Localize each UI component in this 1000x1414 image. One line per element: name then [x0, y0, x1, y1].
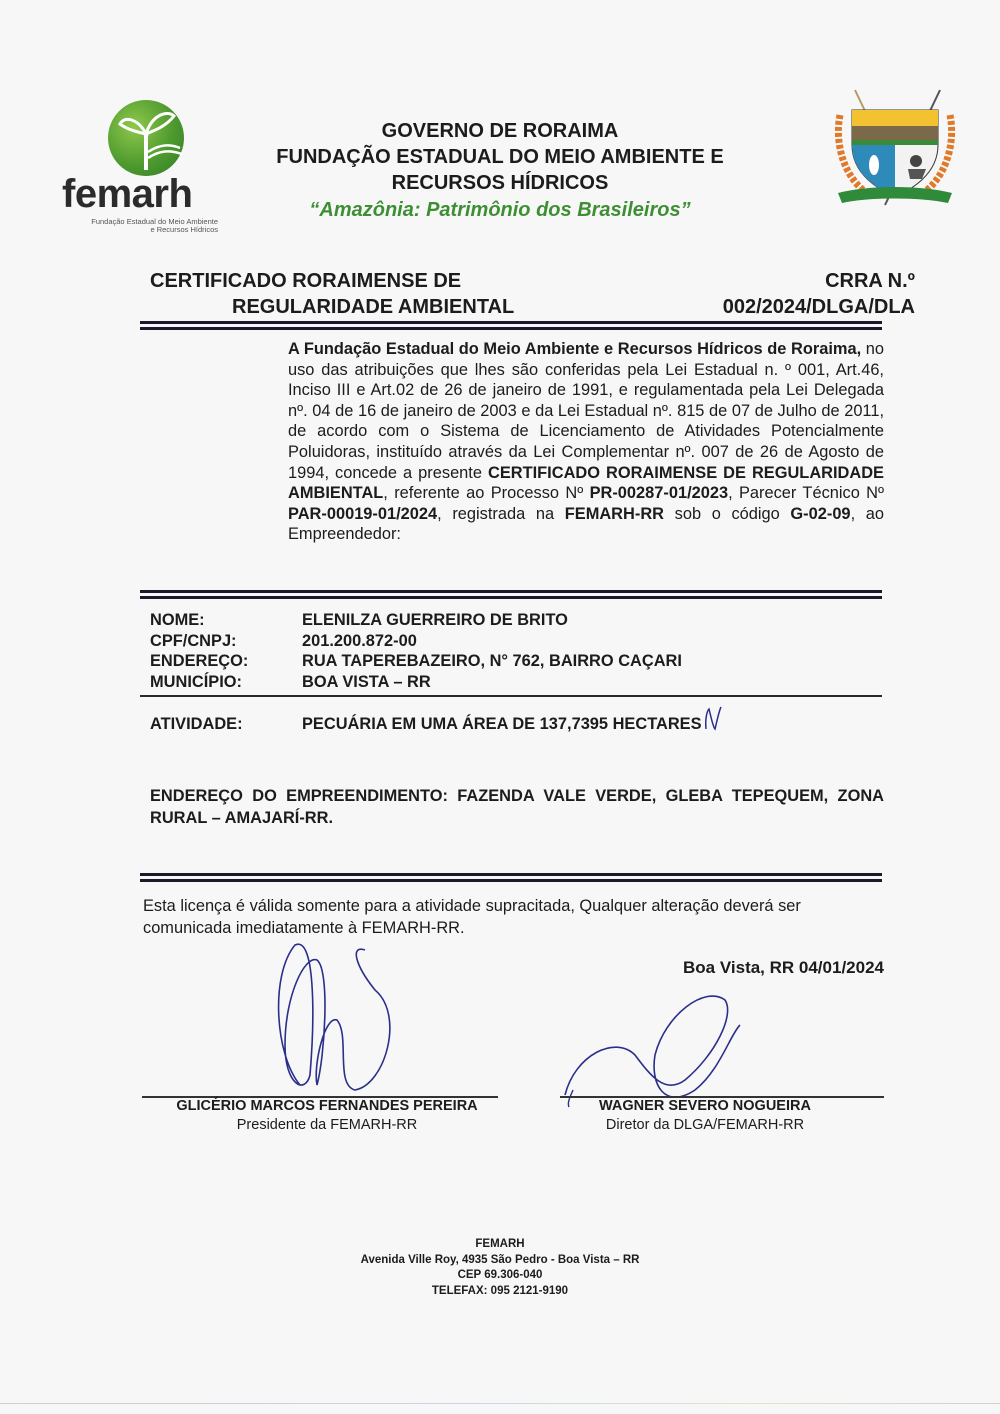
- certificate-number: CRRA N.º 002/2024/DLGA/DLA: [660, 268, 915, 320]
- signature-director-icon: [555, 985, 755, 1110]
- field-row-cpf: CPF/CNPJ: 201.200.872-00: [150, 631, 890, 652]
- entrepreneur-name: ELENILZA GUERREIRO DE BRITO: [302, 610, 568, 631]
- page-edge-line: [0, 1403, 1000, 1404]
- signatory-name: GLICÉRIO MARCOS FERNANDES PEREIRA: [142, 1097, 512, 1116]
- footer-cep: CEP 69.306-040: [300, 1268, 700, 1284]
- footer-address: Avenida Ville Roy, 4935 São Pedro - Boa …: [300, 1253, 700, 1269]
- entrepreneur-details: NOME: ELENILZA GUERREIRO DE BRITO CPF/CN…: [150, 610, 890, 692]
- entrepreneur-municipality: BOA VISTA – RR: [302, 672, 431, 693]
- process-number: PR-00287-01/2023: [590, 484, 729, 502]
- signatory-president: GLICÉRIO MARCOS FERNANDES PEREIRA Presid…: [142, 1097, 512, 1135]
- registration-code: G-02-09: [790, 505, 850, 523]
- activity-row: ATIVIDADE: PECUÁRIA EM UMA ÁREA DE 137,7…: [150, 715, 890, 734]
- certificate-number-value: 002/2024/DLGA/DLA: [660, 294, 915, 320]
- roraima-crest-icon: [830, 85, 960, 215]
- divider-thin: [140, 695, 882, 697]
- femarh-logo: femarh Fundação Estadual do Meio Ambient…: [58, 100, 223, 235]
- logo-wordmark: femarh: [62, 172, 192, 217]
- foundation-name-line1: FUNDAÇÃO ESTADUAL DO MEIO AMBIENTE E: [220, 144, 780, 170]
- place-and-date: Boa Vista, RR 04/01/2024: [600, 958, 884, 978]
- divider-double: [140, 321, 882, 330]
- logo-subtitle: Fundação Estadual do Meio Ambiente e Rec…: [62, 218, 218, 234]
- signatory-role: Diretor da DLGA/FEMARH-RR: [540, 1116, 870, 1135]
- leaf-logo-icon: [108, 100, 184, 176]
- certificate-number-label: CRRA N.º: [660, 268, 915, 294]
- entrepreneur-cpf: 201.200.872-00: [302, 631, 417, 652]
- validity-note: Esta licença é válida somente para a ati…: [143, 895, 885, 939]
- motto: “Amazônia: Patrimônio dos Brasileiros”: [220, 196, 780, 224]
- foundation-name-line2: RECURSOS HÍDRICOS: [220, 170, 780, 196]
- certificate-title: CERTIFICADO RORAIMENSE DE REGULARIDADE A…: [150, 268, 570, 320]
- initials-mark-icon: [703, 705, 725, 731]
- signature-president-icon: [255, 935, 425, 1100]
- certificate-body-paragraph: A Fundação Estadual do Meio Ambiente e R…: [288, 339, 884, 545]
- government-name: GOVERNO DE RORAIMA: [220, 118, 780, 144]
- footer-contact: FEMARH Avenida Ville Roy, 4935 São Pedro…: [300, 1237, 700, 1299]
- enterprise-address: ENDEREÇO DO EMPREENDIMENTO: FAZENDA VALE…: [150, 785, 884, 829]
- field-row-municipality: MUNICÍPIO: BOA VISTA – RR: [150, 672, 890, 693]
- entrepreneur-address: RUA TAPEREBAZEIRO, N° 762, BAIRRO CAÇARI: [302, 651, 682, 672]
- activity-value: PECUÁRIA EM UMA ÁREA DE 137,7395 HECTARE…: [302, 715, 702, 734]
- header-title: GOVERNO DE RORAIMA FUNDAÇÃO ESTADUAL DO …: [220, 118, 780, 224]
- footer-phone: TELEFAX: 095 2121-9190: [300, 1284, 700, 1300]
- field-row-name: NOME: ELENILZA GUERREIRO DE BRITO: [150, 610, 890, 631]
- technical-opinion-number: PAR-00019-01/2024: [288, 505, 437, 523]
- footer-org: FEMARH: [300, 1237, 700, 1253]
- divider-double: [140, 873, 882, 882]
- signatory-role: Presidente da FEMARH-RR: [142, 1116, 512, 1135]
- field-row-address: ENDEREÇO: RUA TAPEREBAZEIRO, N° 762, BAI…: [150, 651, 890, 672]
- divider-double: [140, 590, 882, 599]
- signatory-director: WAGNER SEVERO NOGUEIRA Diretor da DLGA/F…: [540, 1097, 870, 1135]
- signatory-name: WAGNER SEVERO NOGUEIRA: [540, 1097, 870, 1116]
